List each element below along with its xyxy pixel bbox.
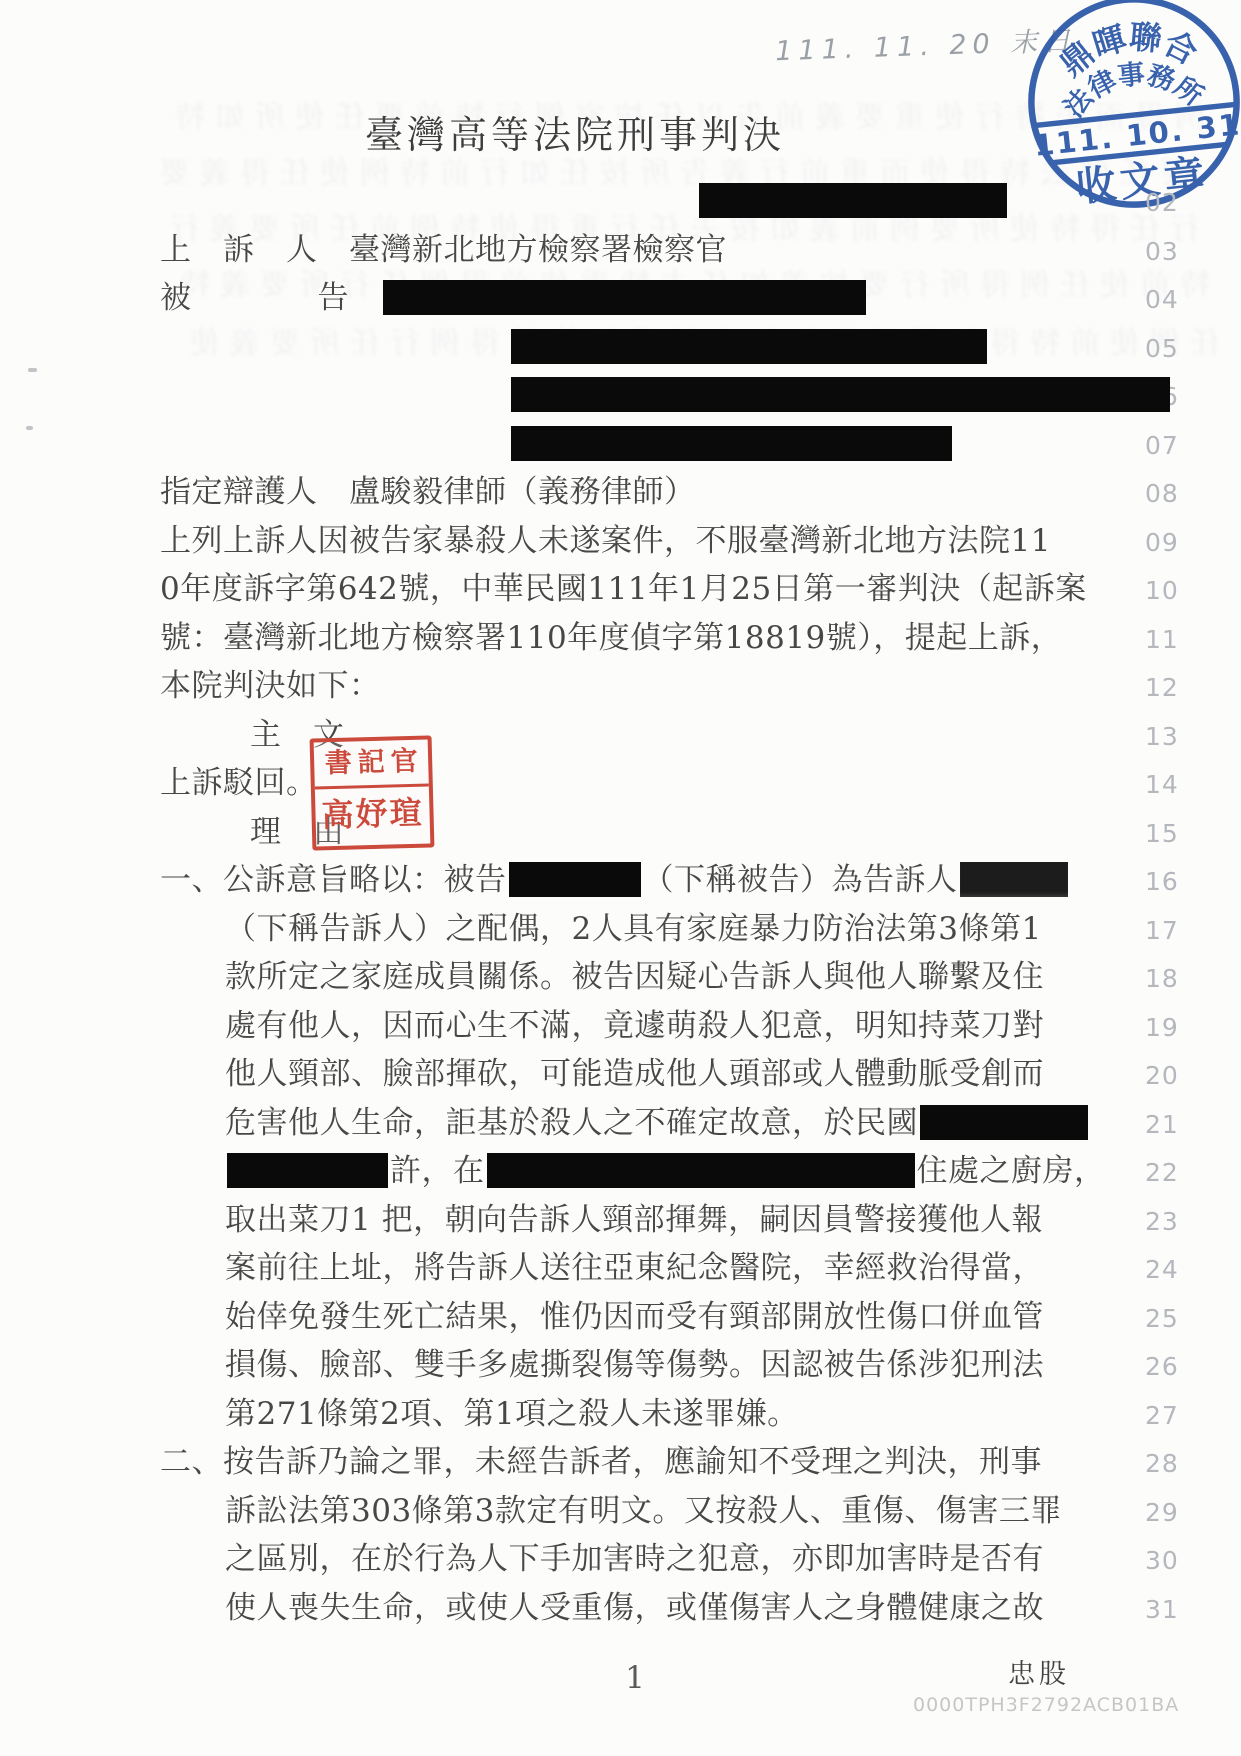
- document-line: [697, 180, 1009, 222]
- redaction-bar: [699, 183, 1007, 218]
- document-line: 款所定之家庭成員關係。被告因疑心告訴人與他人聯繫及住: [225, 956, 1044, 998]
- line-text: 始倖免發生死亡結果，惟仍因而受有頸部開放性傷口併血管: [225, 1299, 1044, 1335]
- line-number: 03: [1145, 237, 1179, 266]
- document-line: 二、按告訴乃論之罪，未經告訴者，應諭知不受理之判決，刑事: [160, 1441, 1042, 1483]
- document-line: [509, 326, 989, 368]
- document-line: 第271條第2項、第1項之殺人未遂罪嫌。: [225, 1393, 799, 1435]
- line-text: 一、公訴意旨略以：被告: [160, 862, 507, 898]
- document-line: [509, 423, 954, 465]
- redaction-bar: [511, 377, 1170, 412]
- line-number: 17: [1145, 916, 1179, 945]
- line-number: 26: [1145, 1352, 1179, 1381]
- receipt-stamp-icon: 鼎暉聯合 法律事務所 111. 10. 31 收文章: [1015, 0, 1241, 221]
- scanned-judgment-page: 例得而去特行使重要義前告以任按家例行特前要任使所如特要任例去特得使而重前行義告所…: [0, 0, 1241, 1756]
- document-line: 訴訟法第303條第3款定有明文。又按殺人、重傷、傷害三罪: [225, 1490, 1062, 1532]
- document-line: 始倖免發生死亡結果，惟仍因而受有頸部開放性傷口併血管: [225, 1296, 1044, 1338]
- line-number: 18: [1145, 964, 1179, 993]
- document-line: 他人頸部、臉部揮砍，可能造成他人頭部或人體動脈受創而: [225, 1053, 1044, 1095]
- document-line: 被 告: [160, 277, 868, 319]
- document-line: （下稱告訴人）之配偶，2人具有家庭暴力防治法第3條第1: [225, 908, 1042, 950]
- document-line: 處有他人，因而心生不滿，竟遽萌殺人犯意，明知持菜刀對: [225, 1005, 1044, 1047]
- redaction-bar: [227, 1153, 388, 1188]
- line-text: 款所定之家庭成員關係。被告因疑心告訴人與他人聯繫及住: [225, 959, 1044, 995]
- line-text: 指定辯護人 盧駿毅律師（義務律師）: [160, 474, 696, 510]
- line-text: 處有他人，因而心生不滿，竟遽萌殺人犯意，明知持菜刀對: [225, 1008, 1044, 1044]
- line-text: 上訴駁回。: [160, 765, 318, 801]
- line-text: 二、按告訴乃論之罪，未經告訴者，應諭知不受理之判決，刑事: [160, 1444, 1042, 1480]
- line-number: 24: [1145, 1255, 1179, 1284]
- clerk-seal-name: 高妤瑄: [315, 787, 430, 843]
- scan-artifact: [28, 368, 37, 372]
- line-number: 16: [1145, 867, 1179, 896]
- redaction-bar: [487, 1153, 915, 1188]
- document-line: 取出菜刀1 把，朝向告訴人頸部揮舞，嗣因員警接獲他人報: [225, 1199, 1043, 1241]
- line-number: 08: [1145, 479, 1179, 508]
- document-barcode-id: 0000TPH3F2792ACB01BA: [913, 1694, 1179, 1716]
- line-number: 04: [1145, 285, 1179, 314]
- line-number: 05: [1145, 334, 1179, 363]
- line-number: 27: [1145, 1401, 1179, 1430]
- line-text: 使人喪失生命，或使人受重傷，或僅傷害人之身體健康之故: [225, 1590, 1044, 1626]
- line-number: 29: [1145, 1498, 1179, 1527]
- document-line: 本院判決如下：: [160, 665, 381, 707]
- receipt-stamp: 鼎暉聯合 法律事務所 111. 10. 31 收文章: [1015, 0, 1241, 221]
- document-line: 使人喪失生命，或使人受重傷，或僅傷害人之身體健康之故: [225, 1587, 1044, 1629]
- redaction-bar: [511, 426, 952, 461]
- redaction-bar: [960, 862, 1068, 897]
- line-text: 上列上訴人因被告家暴殺人未遂案件，不服臺灣新北地方法院11: [160, 523, 1051, 559]
- line-text: 取出菜刀1 把，朝向告訴人頸部揮舞，嗣因員警接獲他人報: [225, 1202, 1043, 1238]
- line-text: 0年度訴字第642號，中華民國111年1月25日第一審判決（起訴案: [160, 571, 1087, 607]
- document-line: 案前往上址，將告訴人送往亞東紀念醫院，幸經救治得當，: [225, 1247, 1044, 1289]
- line-number: 21: [1145, 1110, 1179, 1139]
- line-number: 28: [1145, 1449, 1179, 1478]
- line-number: 23: [1145, 1207, 1179, 1236]
- line-text: 案前往上址，將告訴人送往亞東紀念醫院，幸經救治得當，: [225, 1250, 1044, 1286]
- line-number: 10: [1145, 576, 1179, 605]
- line-text: 被 告: [160, 280, 381, 316]
- redaction-bar: [920, 1105, 1088, 1140]
- document-line: 0年度訴字第642號，中華民國111年1月25日第一審判決（起訴案: [160, 568, 1087, 610]
- line-text: （下稱告訴人）之配偶，2人具有家庭暴力防治法第3條第1: [225, 911, 1042, 947]
- line-text: 損傷、臉部、雙手多處撕裂傷等傷勢。因認被告係涉犯刑法: [225, 1347, 1044, 1383]
- document-line: 危害他人生命，詎基於殺人之不確定故意，於民國: [225, 1102, 1090, 1144]
- line-number: 13: [1145, 722, 1179, 751]
- document-line: 一、公訴意旨略以：被告（下稱被告）為告訴人: [160, 859, 1070, 901]
- document-line: 指定辯護人 盧駿毅律師（義務律師）: [160, 471, 696, 513]
- document-line: [509, 374, 1172, 416]
- line-text: 本院判決如下：: [160, 668, 381, 704]
- redaction-bar: [511, 329, 987, 364]
- line-number: 12: [1145, 673, 1179, 702]
- line-number: 20: [1145, 1061, 1179, 1090]
- document-line: 許，在住處之廚房，: [225, 1150, 1106, 1192]
- document-line: 之區別，在於行為人下手加害時之犯意，亦即加害時是否有: [225, 1538, 1044, 1580]
- line-text: 第271條第2項、第1項之殺人未遂罪嫌。: [225, 1396, 799, 1432]
- page-number: 1: [600, 1660, 670, 1696]
- document-title: 臺灣高等法院刑事判決: [330, 104, 820, 159]
- line-number: 14: [1145, 770, 1179, 799]
- line-number: 31: [1145, 1595, 1179, 1624]
- line-text: 許，在: [390, 1153, 485, 1189]
- line-number: 25: [1145, 1304, 1179, 1333]
- redaction-bar: [509, 862, 641, 897]
- line-text: 之區別，在於行為人下手加害時之犯意，亦即加害時是否有: [225, 1541, 1044, 1577]
- court-division-label: 忠股: [1008, 1652, 1070, 1691]
- line-text: （下稱被告）為告訴人: [643, 862, 958, 898]
- scan-artifact: [26, 426, 33, 430]
- line-text: 訴訟法第303條第3款定有明文。又按殺人、重傷、傷害三罪: [225, 1493, 1062, 1529]
- line-number: 02: [1145, 188, 1179, 217]
- line-number: 07: [1145, 431, 1179, 460]
- line-number: 19: [1145, 1013, 1179, 1042]
- document-line: 上訴駁回。: [160, 762, 318, 804]
- line-text: 住處之廚房，: [917, 1153, 1106, 1189]
- document-line: 損傷、臉部、雙手多處撕裂傷等傷勢。因認被告係涉犯刑法: [225, 1344, 1044, 1386]
- document-line: 上 訴 人 臺灣新北地方檢察署檢察官: [160, 229, 727, 271]
- line-number: 11: [1145, 625, 1179, 654]
- clerk-seal-title: 書記官: [314, 740, 429, 790]
- redaction-bar: [383, 280, 866, 315]
- line-text: 號：臺灣新北地方檢察署110年度偵字第18819號），提起上訴，: [160, 620, 1062, 656]
- line-number: 22: [1145, 1158, 1179, 1187]
- line-number: 15: [1145, 819, 1179, 848]
- document-line: 上列上訴人因被告家暴殺人未遂案件，不服臺灣新北地方法院11: [160, 520, 1051, 562]
- clerk-seal: 書記官 高妤瑄: [310, 735, 435, 850]
- document-line: 號：臺灣新北地方檢察署110年度偵字第18819號），提起上訴，: [160, 617, 1062, 659]
- line-text: 他人頸部、臉部揮砍，可能造成他人頭部或人體動脈受創而: [225, 1056, 1044, 1092]
- line-text: 危害他人生命，詎基於殺人之不確定故意，於民國: [225, 1105, 918, 1141]
- line-text: 上 訴 人 臺灣新北地方檢察署檢察官: [160, 232, 727, 268]
- line-number: 09: [1145, 528, 1179, 557]
- line-number: 30: [1145, 1546, 1179, 1575]
